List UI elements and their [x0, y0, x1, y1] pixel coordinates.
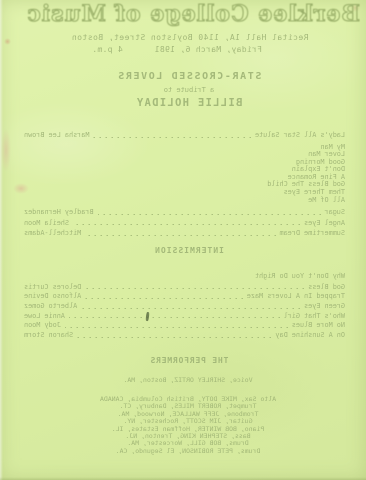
piece-performer: Alfonso Devine	[24, 292, 81, 300]
mirrored-program-sheet: Berklee College of Music Recital Hall 1A…	[0, 0, 366, 480]
piece-performer: Delores Curtis	[24, 283, 81, 291]
piece-title: Summertime Dream	[280, 229, 345, 237]
dot-leader	[65, 324, 288, 329]
song-title: All Of Me	[24, 197, 345, 205]
second-half-pieces: God Bless Delores Curtis Trapped In A Lo…	[24, 281, 345, 339]
performer-line: Drums, PETE ROBINSON, El Segundo, CA.	[10, 448, 366, 455]
piece-title: Who's That Girl	[284, 312, 345, 320]
piece-title: No More Blues	[292, 321, 345, 329]
dot-leader	[85, 232, 275, 237]
piece-performer: Marsha Lee Brown	[24, 131, 89, 139]
dot-leader	[85, 295, 242, 300]
dot-leader	[73, 222, 300, 227]
piece-title: Green Eyes	[304, 302, 345, 310]
piece-title: Trapped In A Lovers Maze	[247, 292, 345, 300]
piece-title: Sugar	[325, 208, 345, 216]
piece-title: Lady's All Star Salute	[255, 131, 345, 139]
dot-leader	[98, 211, 321, 216]
piece-performer: Sharon Storm	[24, 331, 73, 339]
first-half-pieces: Sugar Bradley Hernandez Angel Eyes Sheil…	[24, 206, 345, 237]
program-line: Trapped In A Lovers Maze Alfonso Devine	[24, 291, 345, 301]
date-time-line: Friday, March 6, 1981 4 p.m.	[92, 45, 262, 54]
dot-leader	[69, 315, 280, 320]
piece-performer: Bradley Hernandez	[24, 208, 94, 216]
piece-performer: Jody Moon	[24, 321, 61, 329]
venue-address-line: Recital Hall 1A, 1140 Boylston Street, B…	[14, 33, 366, 42]
concert-date: Friday, March 6, 1981	[155, 45, 262, 54]
program-second-half: Why Don't You Do Right God Bless Delores…	[24, 271, 345, 339]
piece-performer: Sheila Moon	[24, 219, 69, 227]
performer-roster: Alto Sax, MIKE DOTY, British Columbia, C…	[10, 396, 366, 455]
piece-title: On A Sunshine Day	[275, 331, 345, 339]
intermission-label: INTERMISSION	[12, 246, 366, 255]
dot-leader	[81, 305, 300, 310]
program-line: On A Sunshine Day Sharon Storm	[24, 329, 345, 339]
program-first-half: Lady's All Star Salute Marsha Lee Brown …	[24, 131, 345, 237]
piece-performer: Mitchell-Adams	[24, 229, 81, 237]
piece-performer: Alberto Gomez	[24, 302, 77, 310]
program-line: Lady's All Star Salute Marsha Lee Brown	[24, 131, 345, 139]
dot-leader	[93, 134, 250, 139]
concert-time: 4 p.m.	[92, 45, 123, 54]
featured-performer-line: Voice, SHIRLEY ORTIZ, Boston, MA.	[10, 376, 366, 384]
group-title: Why Don't You Do Right	[24, 271, 345, 281]
school-masthead: Berklee College of Music	[4, 1, 360, 27]
concert-title-block: STAR-CROSSED LOVERS a Tribute to BILLIE …	[12, 71, 366, 109]
program-line: Green Eyes Alberto Gomez	[24, 300, 345, 310]
concert-subtitle: a Tribute to	[12, 86, 366, 94]
program-line: Sugar Bradley Hernandez	[24, 206, 345, 216]
piece-performer: Annie Lowe	[24, 312, 65, 320]
song-title: Them There Eyes	[24, 189, 345, 197]
piece-title: God Bless	[308, 283, 345, 291]
program-line: Angel Eyes Sheila Moon	[24, 216, 345, 226]
song-title: My Man	[24, 144, 345, 152]
program-line: Summertime Dream Mitchell-Adams	[24, 227, 345, 237]
dot-leader	[85, 286, 304, 291]
performers-heading: THE PERFORMERS	[12, 356, 366, 365]
dot-leader	[77, 334, 271, 339]
piece-title: Angel Eyes	[304, 219, 345, 227]
program-line: Who's That Girl Annie Lowe	[24, 310, 345, 320]
program-line: God Bless Delores Curtis	[24, 281, 345, 291]
concert-title: STAR-CROSSED LOVERS	[12, 71, 366, 82]
concert-artist: BILLIE HOLIDAY	[12, 97, 366, 109]
program-line: No More Blues Jody Moon	[24, 320, 345, 330]
medley-song-list: My Man Lover Man Good Morning Don't Expl…	[24, 144, 345, 205]
